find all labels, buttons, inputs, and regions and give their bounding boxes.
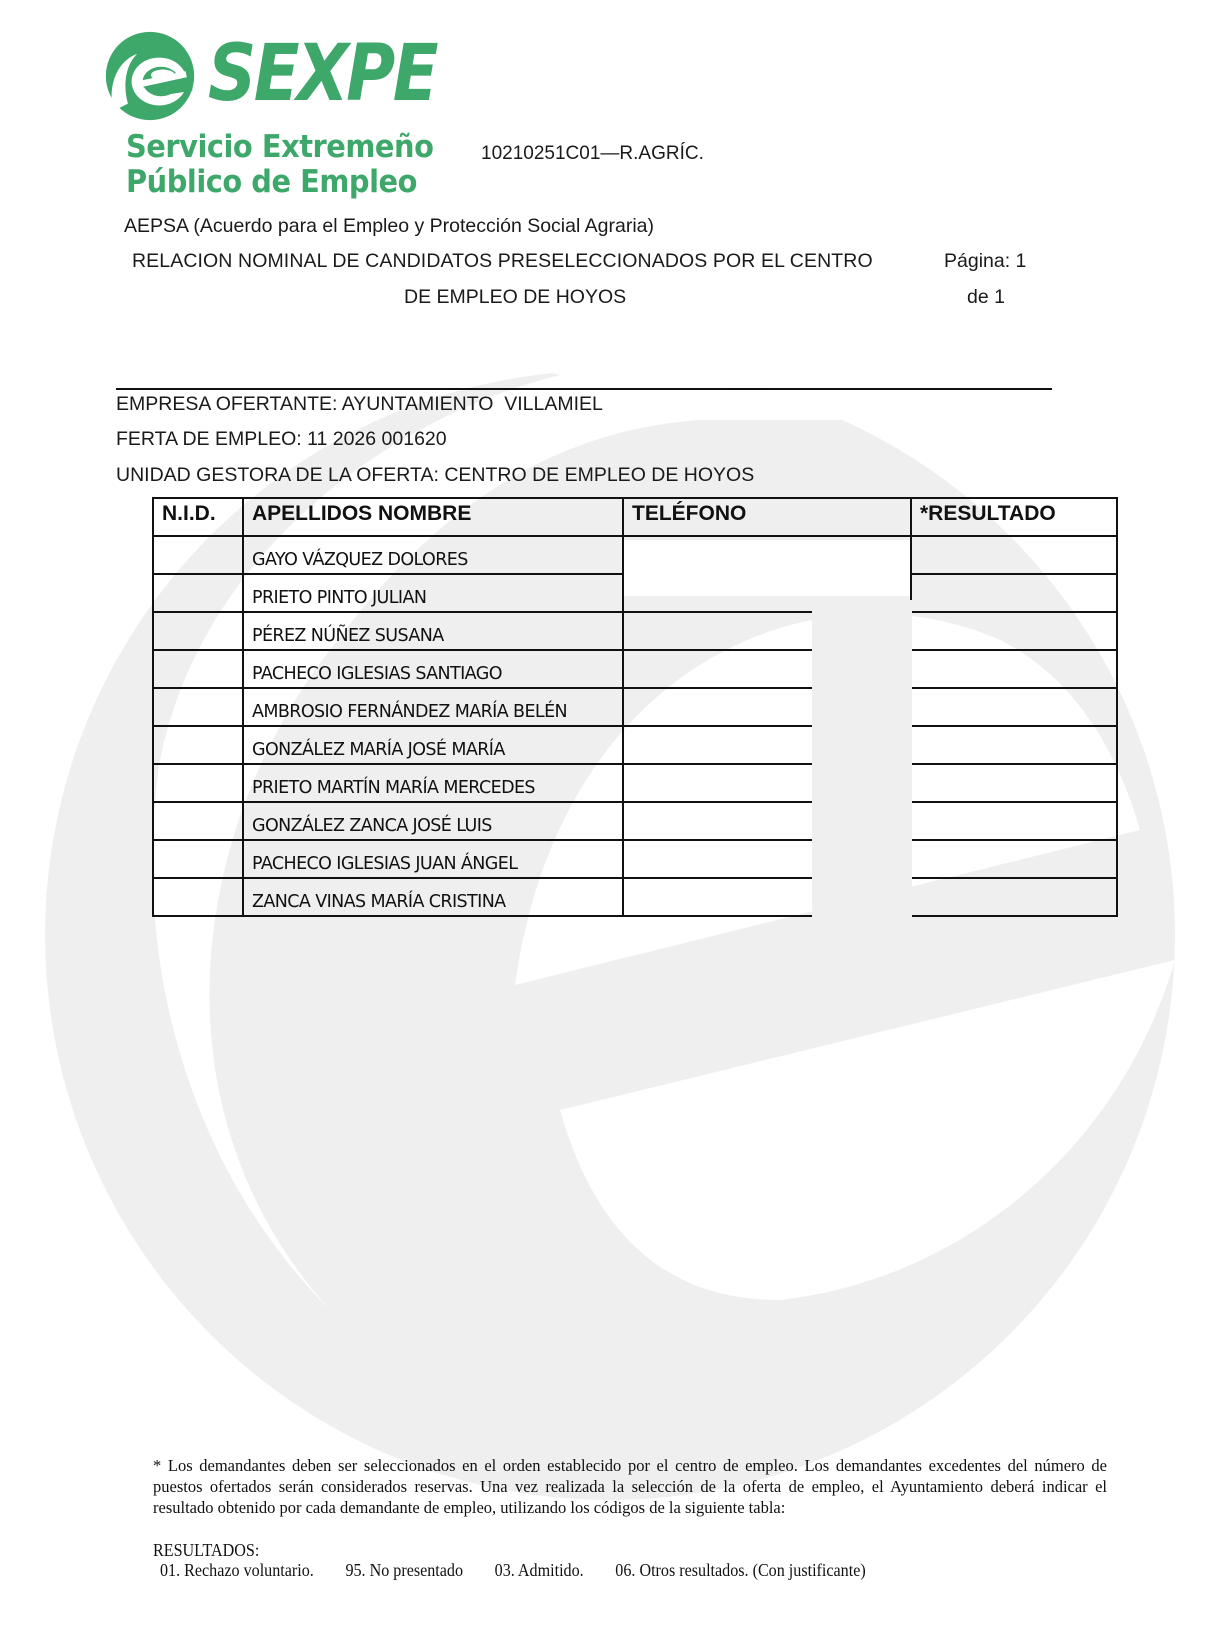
page-total: de 1	[967, 286, 1005, 309]
table-header-row: N.I.D. APELLIDOS NOMBRE TELÉFONO *RESULT…	[153, 498, 1117, 536]
job-offer-number: FERTA DE EMPLEO: 11 2026 001620	[116, 428, 447, 451]
cell-result	[911, 650, 1117, 688]
managing-unit: UNIDAD GESTORA DE LA OFERTA: CENTRO DE E…	[116, 464, 754, 487]
column-header-result: *RESULTADO	[911, 498, 1117, 536]
cell-nid	[153, 688, 243, 726]
table-row: PACHECO IGLESIAS SANTIAGO	[153, 650, 1117, 688]
table-row: GONZÁLEZ ZANCA JOSÉ LUIS	[153, 802, 1117, 840]
cell-result	[911, 574, 1117, 612]
cell-name: AMBROSIO FERNÁNDEZ MARÍA BELÉN	[243, 688, 623, 726]
logo-subtitle-line2: Público de Empleo	[126, 165, 433, 200]
page-number: Página: 1	[944, 250, 1026, 273]
cell-result	[911, 802, 1117, 840]
result-code: 03. Admitido.	[495, 1560, 584, 1580]
cell-result	[911, 878, 1117, 916]
cell-result	[911, 536, 1117, 574]
sexpe-logo: SEXPE Servicio Extremeño Público de Empl…	[104, 30, 444, 205]
cell-result	[911, 688, 1117, 726]
redacted-phone-area-top	[624, 540, 910, 596]
offering-company: EMPRESA OFERTANTE: AYUNTAMIENTO VILLAMIE…	[116, 393, 603, 416]
sexpe-e-logo-icon	[104, 30, 196, 122]
cell-nid	[153, 802, 243, 840]
result-codes: 01. Rechazo voluntario. 95. No presentad…	[160, 1560, 893, 1581]
cell-nid	[153, 574, 243, 612]
cell-name: PACHECO IGLESIAS JUAN ÁNGEL	[243, 840, 623, 878]
table-row: ZANCA VINAS MARÍA CRISTINA	[153, 878, 1117, 916]
cell-name: PÉREZ NÚÑEZ SUSANA	[243, 612, 623, 650]
column-header-name: APELLIDOS NOMBRE	[243, 498, 623, 536]
cell-result	[911, 840, 1117, 878]
document-title-line1: RELACION NOMINAL DE CANDIDATOS PRESELECC…	[132, 250, 873, 273]
cell-result	[911, 764, 1117, 802]
logo-subtitle-line1: Servicio Extremeño	[126, 130, 433, 165]
redacted-phone-area	[812, 600, 912, 940]
cell-name: PRIETO PINTO JULIAN	[243, 574, 623, 612]
cell-name: PACHECO IGLESIAS SANTIAGO	[243, 650, 623, 688]
footnote: * Los demandantes deben ser seleccionado…	[153, 1455, 1107, 1518]
cell-name: ZANCA VINAS MARÍA CRISTINA	[243, 878, 623, 916]
cell-nid	[153, 840, 243, 878]
result-code: 95. No presentado	[345, 1560, 463, 1580]
cell-name: PRIETO MARTÍN MARÍA MERCEDES	[243, 764, 623, 802]
logo-subtitle: Servicio Extremeño Público de Empleo	[126, 130, 433, 200]
column-header-nid: N.I.D.	[153, 498, 243, 536]
document-code: 10210251C01—R.AGRÍC.	[481, 143, 704, 165]
cell-nid	[153, 612, 243, 650]
document-page: SEXPE Servicio Extremeño Público de Empl…	[0, 0, 1220, 1627]
results-label: RESULTADOS:	[153, 1540, 259, 1561]
cell-nid	[153, 536, 243, 574]
table-row: GONZÁLEZ MARÍA JOSÉ MARÍA	[153, 726, 1117, 764]
result-code: 06. Otros resultados. (Con justificante)	[615, 1560, 865, 1580]
cell-nid	[153, 726, 243, 764]
table-row: PÉREZ NÚÑEZ SUSANA	[153, 612, 1117, 650]
logo-wordmark: SEXPE	[208, 24, 436, 124]
cell-name: GONZÁLEZ MARÍA JOSÉ MARÍA	[243, 726, 623, 764]
document-title-line2: DE EMPLEO DE HOYOS	[404, 286, 626, 309]
cell-nid	[153, 878, 243, 916]
column-header-phone: TELÉFONO	[623, 498, 911, 536]
table-row: PRIETO MARTÍN MARÍA MERCEDES	[153, 764, 1117, 802]
table-row: AMBROSIO FERNÁNDEZ MARÍA BELÉN	[153, 688, 1117, 726]
table-row: PACHECO IGLESIAS JUAN ÁNGEL	[153, 840, 1117, 878]
result-code: 01. Rechazo voluntario.	[160, 1560, 314, 1580]
cell-name: GAYO VÁZQUEZ DOLORES	[243, 536, 623, 574]
cell-nid	[153, 650, 243, 688]
cell-result	[911, 612, 1117, 650]
header-divider	[116, 388, 1052, 390]
cell-name: GONZÁLEZ ZANCA JOSÉ LUIS	[243, 802, 623, 840]
program-name: AEPSA (Acuerdo para el Empleo y Protecci…	[124, 215, 654, 238]
cell-result	[911, 726, 1117, 764]
cell-nid	[153, 764, 243, 802]
